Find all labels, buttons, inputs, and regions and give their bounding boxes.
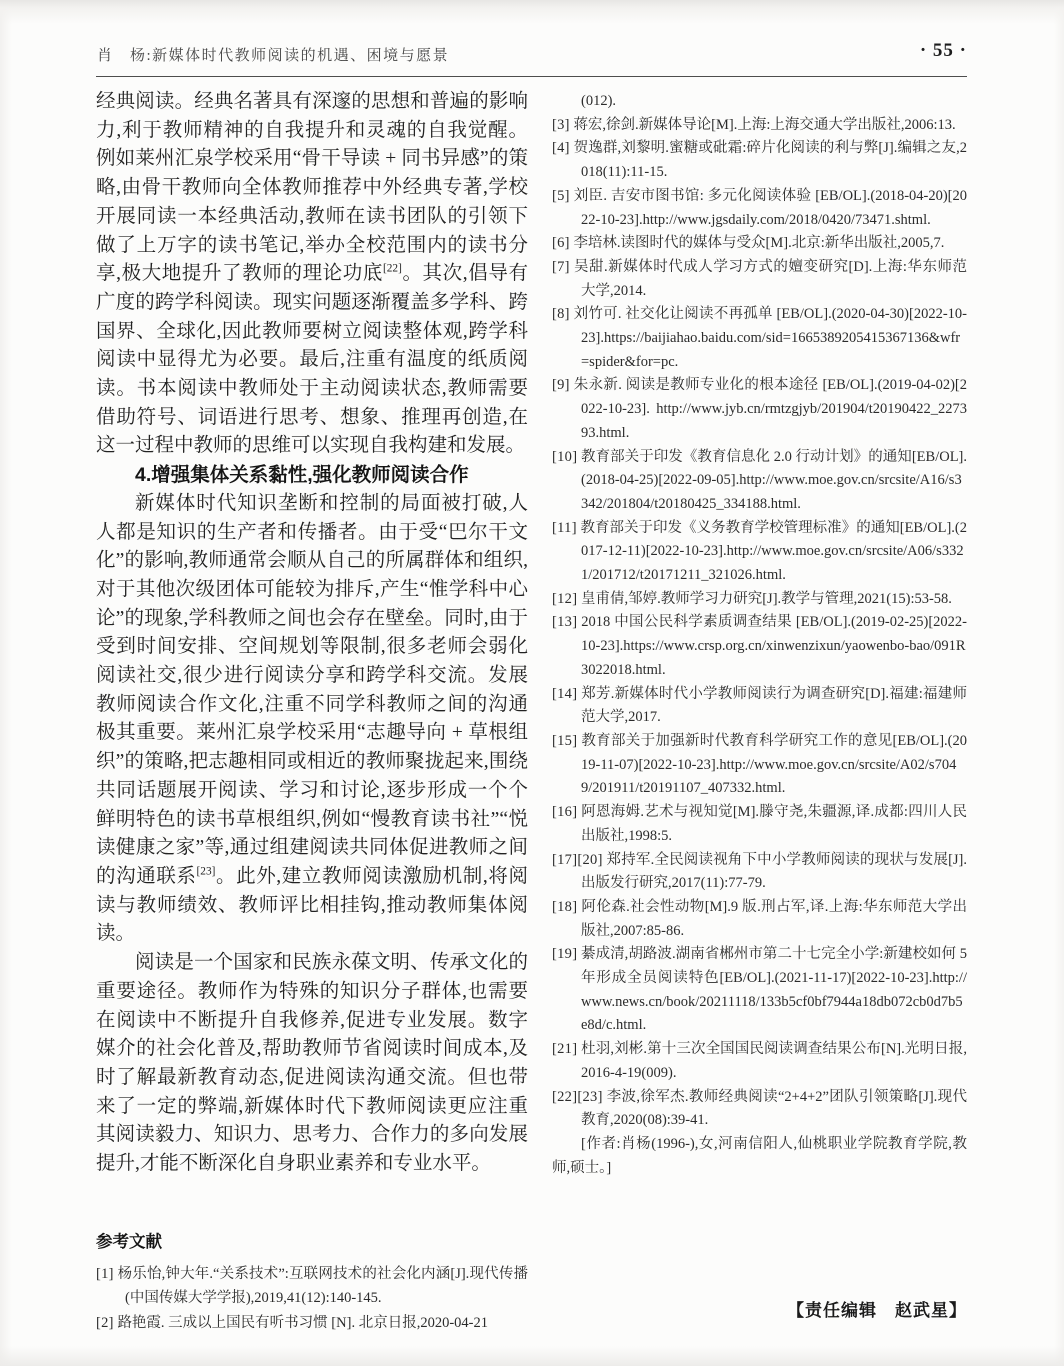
reference-text: 阿伦森.社会性动物[M].9 版.刑占军,译.上海:华东师范大学出版社,2007…: [581, 899, 967, 939]
reference-item: [2] 路艳霞. 三成以上国民有听书习惯 [N]. 北京日报,2020-04-2…: [96, 1311, 528, 1336]
reference-label: [18]: [552, 899, 577, 915]
reference-text: 郑持军.全民阅读视角下中小学教师阅读的现状与发展[J].出版发行研究,2017(…: [581, 852, 967, 892]
running-title: 肖 杨:新媒体时代教师阅读的机遇、困境与愿景: [97, 44, 449, 65]
reference-item: [6] 李培林.读图时代的媒体与受众[M].北京:新华出版社,2005,7.: [552, 232, 967, 256]
reference-item: (012).: [552, 90, 967, 114]
body-paragraph: 阅读是一个国家和民族永葆文明、传承文化的重要途径。教师作为特殊的知识分子群体,也…: [96, 949, 528, 1179]
reference-text: 刘臣. 吉安市图书馆: 多元化阅读体验 [EB/OL].(2018-04-20)…: [574, 188, 967, 228]
reference-text: 2018 中国公民科学素质调查结果 [EB/OL].(2019-02-25)[2…: [581, 614, 967, 677]
reference-label: [15]: [552, 733, 577, 749]
reference-label: [3]: [552, 117, 570, 133]
reference-text: 教育部关于加强新时代教育科学研究工作的意见[EB/OL].(2019-11-07…: [581, 733, 967, 796]
reference-label: [14]: [552, 686, 577, 702]
reference-text: 綦成清,胡路波.湖南省郴州市第二十七完全小学:新建校如何 5 年形成全员阅读特色…: [581, 946, 967, 1033]
reference-text: 朱永新. 阅读是教师专业化的根本途径 [EB/OL].(2019-04-02)[…: [574, 377, 967, 440]
reference-item: [1] 杨乐怡,钟大年.“关系技术”:互联网技术的社会化内涵[J].现代传播(中…: [96, 1262, 528, 1311]
body-paragraph: 经典阅读。经典名著具有深邃的思想和普遍的影响力,利于教师精神的自我提升和灵魂的自…: [96, 88, 528, 461]
reference-label: [13]: [552, 614, 577, 630]
body-paragraph: 4.增强集体关系黏性,强化教师阅读合作: [96, 461, 528, 490]
reference-label: [7]: [552, 259, 570, 275]
references-left-list: [1] 杨乐怡,钟大年.“关系技术”:互联网技术的社会化内涵[J].现代传播(中…: [96, 1262, 528, 1336]
body-paragraph: 新媒体时代知识垄断和控制的局面被打破,人人都是知识的生产者和传播者。由于受“巴尔…: [96, 490, 528, 949]
reference-text: 教育部关于印发《义务教育学校管理标准》的通知[EB/OL].(2017-12-1…: [580, 520, 967, 583]
reference-item: [12] 皇甫倩,邹婷.教师学习力研究[J].教学与管理,2021(15):53…: [552, 588, 967, 612]
reference-text: 刘竹可. 社交化让阅读不再孤单 [EB/OL].(2020-04-30)[202…: [574, 306, 967, 369]
paragraph-text: 阅读是一个国家和民族永葆文明、传承文化的重要途径。教师作为特殊的知识分子群体,也…: [96, 952, 528, 1174]
reference-label: [19]: [552, 946, 577, 962]
reference-label: [12]: [552, 591, 577, 607]
page-number: · 55 ·: [920, 40, 967, 62]
reference-item: [15] 教育部关于加强新时代教育科学研究工作的意见[EB/OL].(2019-…: [552, 730, 967, 801]
reference-item: [5] 刘臣. 吉安市图书馆: 多元化阅读体验 [EB/OL].(2018-04…: [552, 185, 967, 232]
reference-label: [16]: [552, 804, 577, 820]
paragraph-text: 经典阅读。经典名著具有深邃的思想和普遍的影响力,利于教师精神的自我提升和灵魂的自…: [96, 91, 528, 456]
reference-item: [7] 吴甜.新媒体时代成人学习方式的嬗变研究[D].上海:华东师范大学,201…: [552, 256, 967, 303]
reference-item: [21] 杜羽,刘彬.第十三次全国国民阅读调查结果公布[N].光明日报,2016…: [552, 1038, 967, 1085]
header-rule: [96, 76, 967, 77]
reference-label: [11]: [552, 520, 577, 536]
article-body-column: 经典阅读。经典名著具有深邃的思想和普遍的影响力,利于教师精神的自我提升和灵魂的自…: [96, 88, 528, 1179]
reference-item: [16] 阿恩海姆.艺术与视知觉[M].滕守尧,朱疆源,译.成都:四川人民出版社…: [552, 801, 967, 848]
reference-text: 贺逸群,刘黎明.蜜糖或砒霜:碎片化阅读的利与弊[J].编辑之友,2018(11)…: [574, 140, 967, 180]
reference-text: 吴甜.新媒体时代成人学习方式的嬗变研究[D].上海:华东师范大学,2014.: [574, 259, 967, 299]
reference-item: [8] 刘竹可. 社交化让阅读不再孤单 [EB/OL].(2020-04-30)…: [552, 303, 967, 374]
paper-page: 肖 杨:新媒体时代教师阅读的机遇、困境与愿景 · 55 · 经典阅读。经典名著具…: [0, 0, 1064, 1366]
reference-label: [2]: [96, 1315, 114, 1331]
reference-item: [11] 教育部关于印发《义务教育学校管理标准》的通知[EB/OL].(2017…: [552, 517, 967, 588]
reference-item: [4] 贺逸群,刘黎明.蜜糖或砒霜:碎片化阅读的利与弊[J].编辑之友,2018…: [552, 137, 967, 184]
reference-item: [13] 2018 中国公民科学素质调查结果 [EB/OL].(2019-02-…: [552, 611, 967, 682]
reference-text: (012).: [581, 93, 616, 109]
reference-label: [5]: [552, 188, 570, 204]
reference-label: [8]: [552, 306, 570, 322]
reference-text: 教育部关于印发《教育信息化 2.0 行动计划》的通知[EB/OL].(2018-…: [581, 449, 967, 512]
reference-item: [14] 郑芳.新媒体时代小学教师阅读行为调查研究[D].福建:福建师范大学,2…: [552, 683, 967, 730]
reference-label: [21]: [552, 1041, 577, 1057]
editor-credit: 【责任编辑 赵武星】: [787, 1296, 967, 1321]
reference-item: [19] 綦成清,胡路波.湖南省郴州市第二十七完全小学:新建校如何 5 年形成全…: [552, 943, 967, 1038]
reference-text: 杜羽,刘彬.第十三次全国国民阅读调查结果公布[N].光明日报,2016-4-19…: [581, 1041, 967, 1081]
reference-label: [4]: [552, 140, 570, 156]
reference-item: [18] 阿伦森.社会性动物[M].9 版.刑占军,译.上海:华东师范大学出版社…: [552, 896, 967, 943]
reference-item: [17][20] 郑持军.全民阅读视角下中小学教师阅读的现状与发展[J].出版发…: [552, 849, 967, 896]
reference-text: 路艳霞. 三成以上国民有听书习惯 [N]. 北京日报,2020-04-21: [117, 1315, 488, 1331]
reference-label: [9]: [552, 377, 570, 393]
references-right-list: (012). [3] 蒋宏,徐剑.新媒体导论[M].上海:上海交通大学出版社,2…: [552, 90, 967, 1133]
reference-label: [17][20]: [552, 852, 603, 868]
references-left-block: 参考文献 [1] 杨乐怡,钟大年.“关系技术”:互联网技术的社会化内涵[J].现…: [96, 1230, 528, 1335]
paragraph-text: 新媒体时代知识垄断和控制的局面被打破,人人都是知识的生产者和传播者。由于受“巴尔…: [96, 493, 528, 945]
reference-item: [10] 教育部关于印发《教育信息化 2.0 行动计划》的通知[EB/OL].(…: [552, 446, 967, 517]
reference-item: [3] 蒋宏,徐剑.新媒体导论[M].上海:上海交通大学出版社,2006:13.: [552, 114, 967, 138]
reference-label: [10]: [552, 449, 577, 465]
paragraph-text: 4.增强集体关系黏性,强化教师阅读合作: [135, 464, 469, 486]
reference-text: 杨乐怡,钟大年.“关系技术”:互联网技术的社会化内涵[J].现代传播(中国传媒大…: [118, 1266, 528, 1307]
reference-text: 阿恩海姆.艺术与视知觉[M].滕守尧,朱疆源,译.成都:四川人民出版社,1998…: [581, 804, 967, 844]
reference-item: [9] 朱永新. 阅读是教师专业化的根本途径 [EB/OL].(2019-04-…: [552, 374, 967, 445]
reference-text: 李波,徐军杰.教师经典阅读“2+4+2”团队引领策略[J].现代教育,2020(…: [581, 1089, 967, 1129]
reference-text: 李培林.读图时代的媒体与受众[M].北京:新华出版社,2005,7.: [573, 235, 944, 251]
reference-text: 蒋宏,徐剑.新媒体导论[M].上海:上海交通大学出版社,2006:13.: [573, 117, 955, 133]
reference-item: [22][23] 李波,徐军杰.教师经典阅读“2+4+2”团队引领策略[J].现…: [552, 1086, 967, 1133]
reference-label: [6]: [552, 235, 570, 251]
reference-text: 郑芳.新媒体时代小学教师阅读行为调查研究[D].福建:福建师范大学,2017.: [581, 686, 967, 726]
references-right-column: (012). [3] 蒋宏,徐剑.新媒体导论[M].上海:上海交通大学出版社,2…: [552, 90, 967, 1180]
reference-label: [1]: [96, 1266, 114, 1282]
author-note: [作者:肖杨(1996-),女,河南信阳人,仙桃职业学院教育学院,教师,硕士。]: [552, 1133, 967, 1180]
references-heading: 参考文献: [96, 1230, 528, 1255]
reference-text: 皇甫倩,邹婷.教师学习力研究[J].教学与管理,2021(15):53-58.: [581, 591, 952, 607]
reference-label: [22][23]: [552, 1089, 603, 1105]
